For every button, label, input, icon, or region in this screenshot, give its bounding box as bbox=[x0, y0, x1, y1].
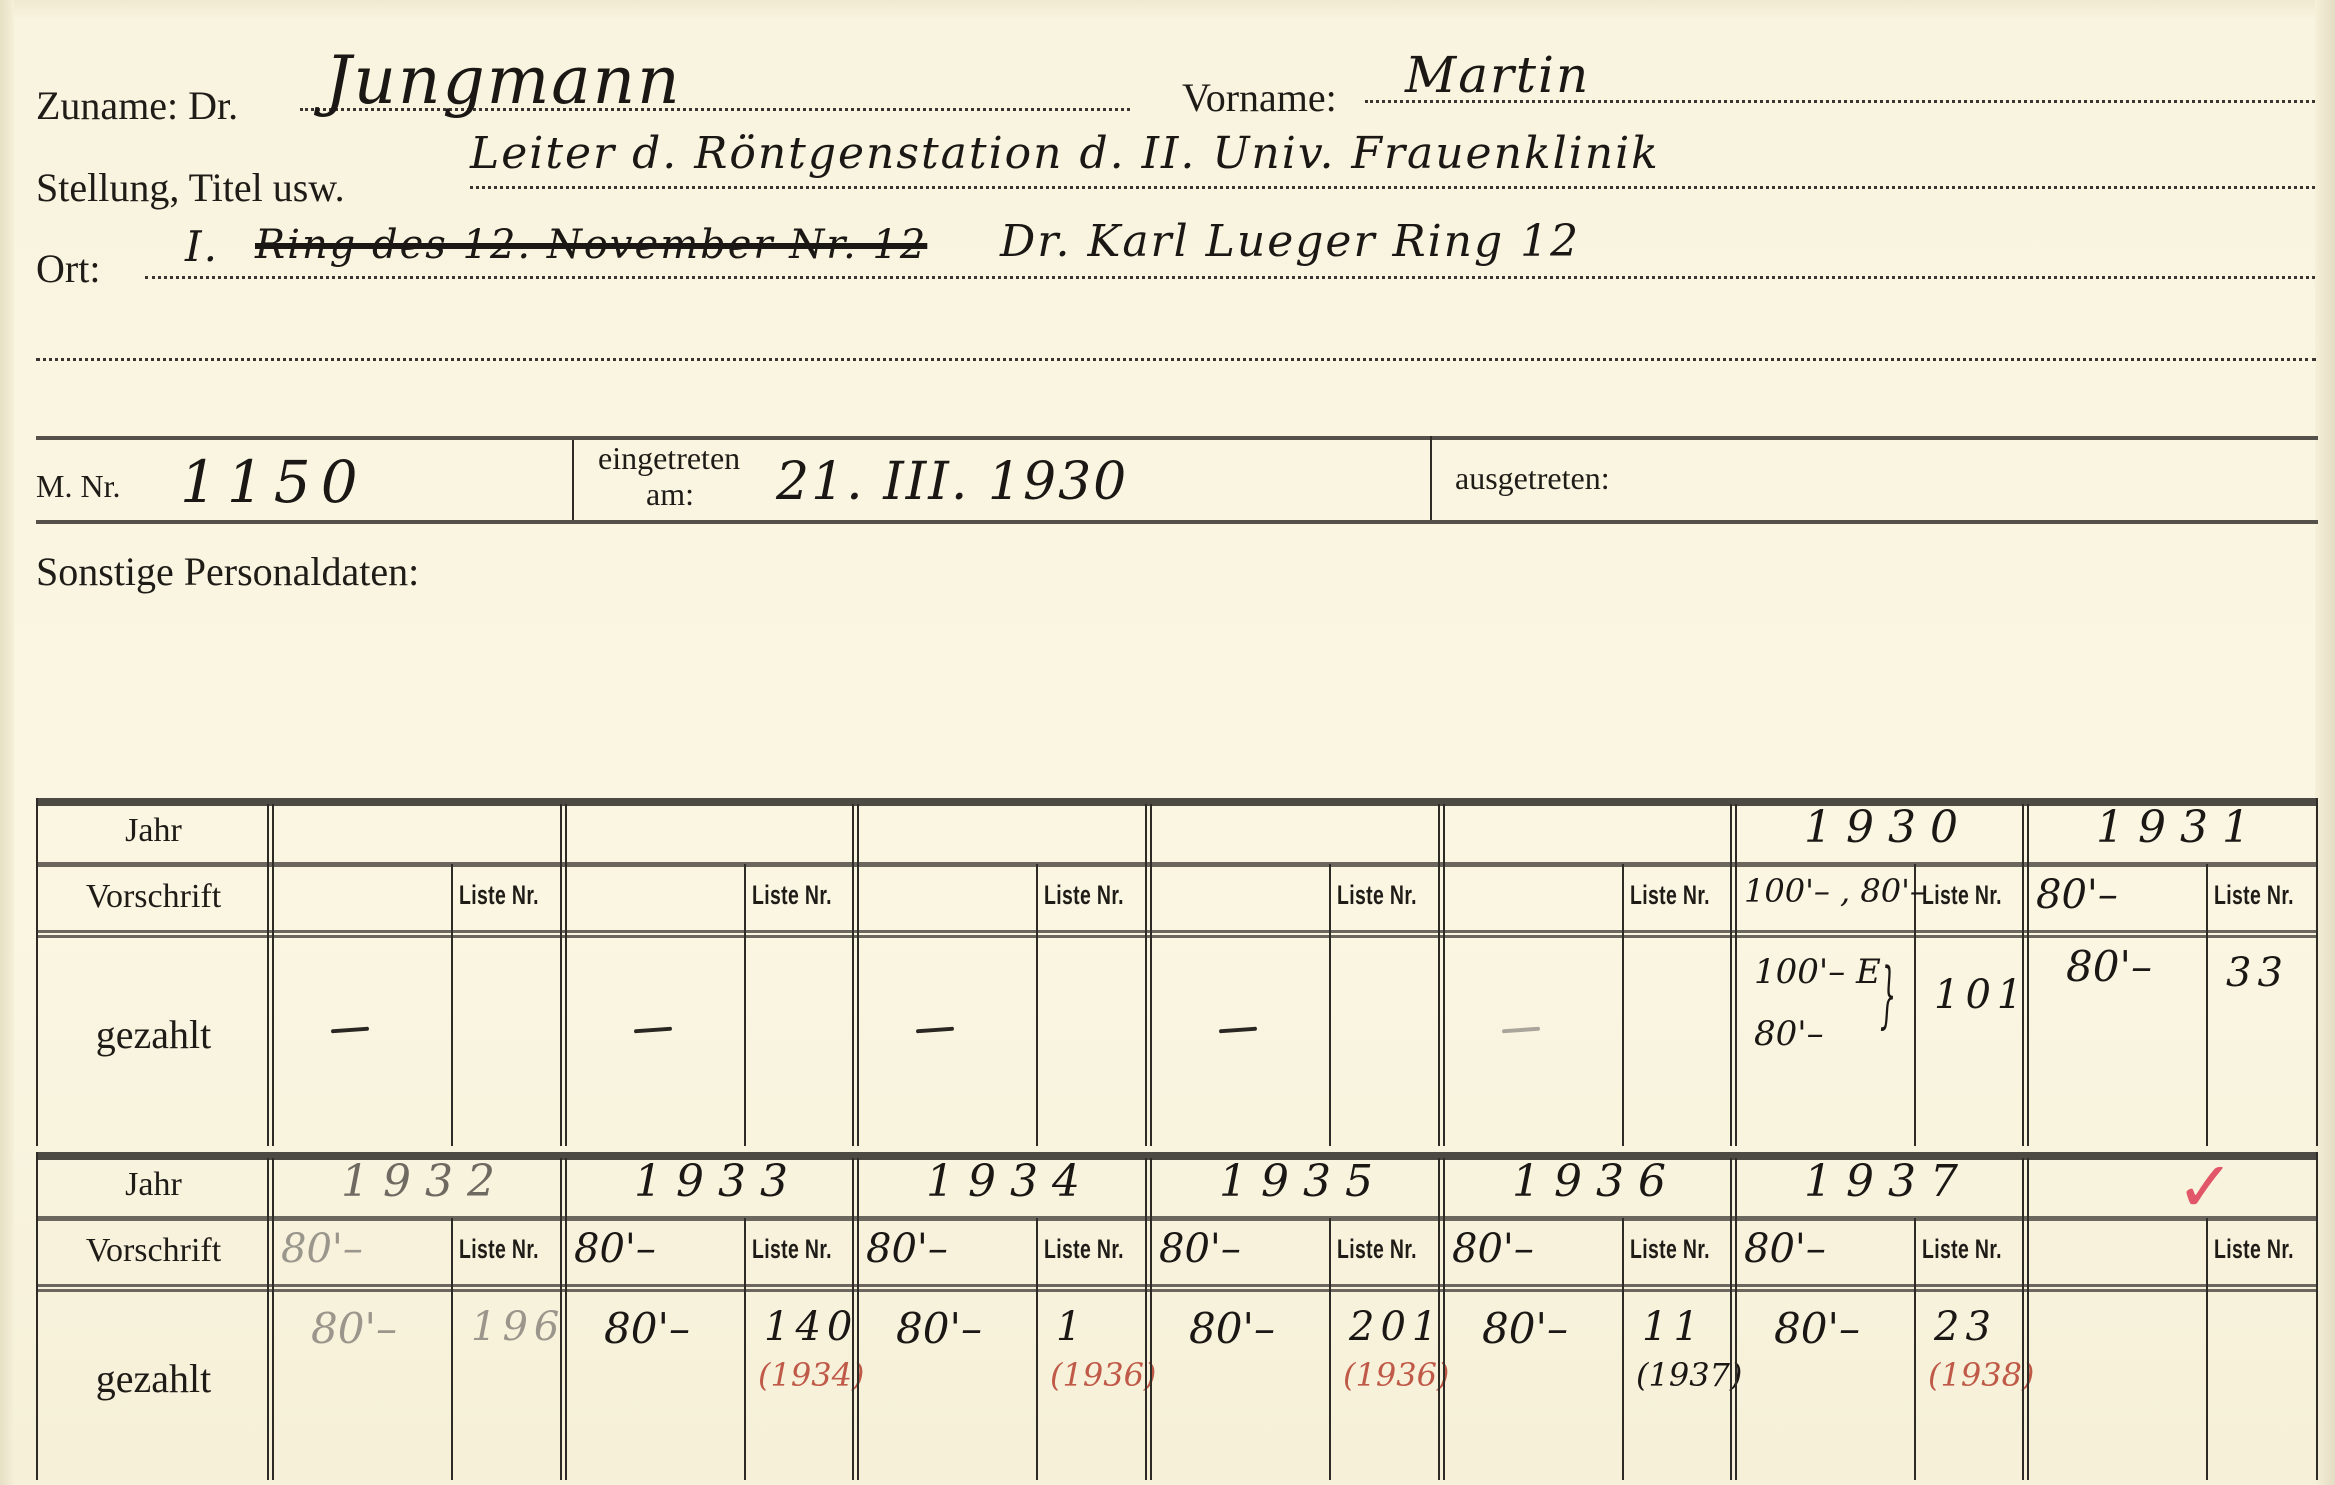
lower-gezahlt-value: 80'– bbox=[1189, 1304, 1275, 1353]
lower-liste-value: 201 bbox=[1349, 1304, 1443, 1350]
band-divider-1 bbox=[572, 440, 574, 520]
index-card: Zuname: Dr. Jungmann Vorname: Martin Ste… bbox=[0, 0, 2335, 1485]
vorname-label: Vorname: bbox=[1182, 74, 1337, 121]
lower-gezahlt-value: 80'– bbox=[1482, 1304, 1568, 1353]
lower-liste-divider bbox=[1914, 1218, 1916, 1480]
lower-block-divider bbox=[2022, 1158, 2029, 1480]
card-edge-left bbox=[0, 0, 14, 1485]
lower-liste-divider bbox=[1622, 1218, 1624, 1480]
upper-vorschrift-label: Vorschrift bbox=[36, 878, 271, 916]
stellung-line bbox=[470, 186, 2315, 189]
upper-vorschrift-value: 100'– , 80'– bbox=[1744, 872, 1926, 910]
lower-gezahlt-value: 80'– bbox=[311, 1304, 397, 1353]
eingetreten-value: 21. III. 1930 bbox=[776, 452, 1128, 512]
card-edge-right bbox=[2315, 0, 2335, 1485]
upper-liste-header: Liste Nr. bbox=[1922, 880, 2002, 911]
lower-liste-year: (1936) bbox=[1343, 1356, 1449, 1394]
lower-gezahlt-label: gezahlt bbox=[36, 1355, 271, 1402]
upper-block-divider bbox=[1438, 804, 1445, 1146]
upper-block-divider bbox=[1145, 804, 1152, 1146]
stellung-value: Leiter d. Röntgenstation d. II. Univ. Fr… bbox=[470, 128, 1660, 179]
payment-table: JahrVorschriftgezahltListe Nr.Liste Nr.L… bbox=[36, 798, 2318, 1485]
lower-vorschrift-value: 80'– bbox=[1744, 1226, 1826, 1272]
band-divider-2 bbox=[1430, 436, 1432, 520]
check-mark-icon: ✓ bbox=[2176, 1146, 2235, 1228]
upper-right-border bbox=[2316, 798, 2318, 1146]
upper-liste-header: Liste Nr. bbox=[1337, 880, 1417, 911]
lower-liste-value: 11 bbox=[1642, 1304, 1705, 1350]
lower-vorschrift-value: 80'– bbox=[866, 1226, 948, 1272]
lower-liste-divider bbox=[2206, 1218, 2208, 1480]
ausgetreten-label: ausgetreten: bbox=[1455, 460, 1610, 497]
lower-gezahlt-value: 80'– bbox=[896, 1304, 982, 1353]
vorname-value: Martin bbox=[1405, 46, 1590, 104]
lower-liste-divider bbox=[1329, 1218, 1331, 1480]
lower-liste-header: Liste Nr. bbox=[752, 1234, 832, 1265]
ort-struck-value: Ring des 12. November Nr. 12 bbox=[255, 222, 927, 268]
lower-liste-header: Liste Nr. bbox=[1630, 1234, 1710, 1265]
lower-gezahlt-value: 80'– bbox=[604, 1304, 690, 1353]
upper-vorschrift-rule-2 bbox=[36, 935, 2318, 938]
lower-liste-year: (1934) bbox=[758, 1356, 864, 1394]
mnr-value: 1150 bbox=[180, 448, 368, 516]
ort-prefix: I. bbox=[185, 222, 219, 271]
lower-liste-value: 140 bbox=[764, 1304, 858, 1350]
lower-gezahlt-value: 80'– bbox=[1774, 1304, 1860, 1353]
eingetreten-label: eingetreten bbox=[598, 440, 740, 477]
lower-liste-value: 1 bbox=[1056, 1304, 1087, 1350]
stellung-label: Stellung, Titel usw. bbox=[36, 164, 345, 211]
upper-brace: } bbox=[1880, 952, 1896, 1036]
lower-block-divider bbox=[852, 1158, 859, 1480]
upper-liste-divider bbox=[1329, 864, 1331, 1146]
lower-jahr-rule bbox=[36, 1216, 2318, 1221]
lower-liste-divider bbox=[451, 1218, 453, 1480]
sonstige-label: Sonstige Personaldaten: bbox=[36, 548, 419, 595]
upper-liste-divider bbox=[451, 864, 453, 1146]
lower-vorschrift-value: 80'– bbox=[574, 1226, 656, 1272]
upper-liste-value: 33 bbox=[2226, 950, 2289, 996]
ort-value: Dr. Karl Lueger Ring 12 bbox=[1000, 216, 1580, 267]
upper-liste-divider bbox=[744, 864, 746, 1146]
upper-liste-header: Liste Nr. bbox=[459, 880, 539, 911]
lower-jahr-value: 1936 bbox=[1512, 1156, 1680, 1207]
lower-vorschrift-value: 80'– bbox=[281, 1226, 363, 1272]
upper-liste-divider bbox=[2206, 864, 2208, 1146]
lower-block-divider bbox=[1730, 1158, 1737, 1480]
upper-block-divider bbox=[2022, 804, 2029, 1146]
zuname-label: Zuname: Dr. bbox=[36, 82, 238, 129]
lower-liste-header: Liste Nr. bbox=[1922, 1234, 2002, 1265]
lower-liste-header: Liste Nr. bbox=[1337, 1234, 1417, 1265]
lower-block-divider bbox=[1145, 1158, 1152, 1480]
upper-gezahlt-dash bbox=[331, 1027, 369, 1034]
eingetreten-am-label: am: bbox=[646, 476, 694, 513]
upper-liste-header: Liste Nr. bbox=[2214, 880, 2294, 911]
band-bottom-rule bbox=[36, 520, 2318, 524]
lower-vorschrift-value: 80'– bbox=[1159, 1226, 1241, 1272]
upper-block-divider bbox=[852, 804, 859, 1146]
lower-vorschrift-label: Vorschrift bbox=[36, 1232, 271, 1270]
upper-vorschrift-value: 80'– bbox=[2036, 872, 2118, 918]
lower-liste-value: 23 bbox=[1934, 1304, 1997, 1350]
upper-jahr-rule bbox=[36, 862, 2318, 867]
upper-liste-header: Liste Nr. bbox=[752, 880, 832, 911]
upper-block-divider bbox=[267, 804, 274, 1146]
upper-gezahlt-value: 80'– bbox=[2066, 942, 2152, 991]
lower-jahr-value: 1935 bbox=[1219, 1156, 1387, 1207]
upper-liste-value: 101 bbox=[1934, 972, 2028, 1018]
upper-left-border bbox=[36, 798, 38, 1146]
upper-block-divider bbox=[560, 804, 567, 1146]
lower-vorschrift-value: 80'– bbox=[1452, 1226, 1534, 1272]
upper-top-rule bbox=[36, 798, 2318, 806]
lower-jahr-value: 1932 bbox=[341, 1156, 509, 1207]
lower-right-border bbox=[2316, 1152, 2318, 1480]
upper-gezahlt-value-2: 80'– bbox=[1754, 1014, 1824, 1054]
upper-liste-divider bbox=[1036, 864, 1038, 1146]
lower-vorschrift-rule-2 bbox=[36, 1289, 2318, 1292]
lower-liste-year: (1936) bbox=[1050, 1356, 1156, 1394]
upper-gezahlt-dash bbox=[1219, 1027, 1257, 1034]
upper-gezahlt-label: gezahlt bbox=[36, 1011, 271, 1058]
lower-jahr-value: 1933 bbox=[634, 1156, 802, 1207]
ort-line bbox=[145, 276, 2315, 279]
upper-gezahlt-dash bbox=[916, 1027, 954, 1034]
lower-liste-divider bbox=[744, 1218, 746, 1480]
lower-jahr-value: 1937 bbox=[1804, 1156, 1972, 1207]
lower-liste-header: Liste Nr. bbox=[2214, 1234, 2294, 1265]
lower-liste-year: (1938) bbox=[1928, 1356, 2034, 1394]
ort-label: Ort: bbox=[36, 245, 100, 292]
lower-liste-header: Liste Nr. bbox=[1044, 1234, 1124, 1265]
blank-line bbox=[36, 358, 2316, 361]
lower-jahr-value: 1934 bbox=[926, 1156, 1094, 1207]
lower-jahr-label: Jahr bbox=[36, 1166, 271, 1204]
upper-gezahlt-dash bbox=[1502, 1027, 1540, 1034]
upper-gezahlt-value-1: 100'– E bbox=[1754, 952, 1881, 992]
lower-vorschrift-rule-1 bbox=[36, 1284, 2318, 1287]
upper-jahr-value: 1930 bbox=[1804, 802, 1972, 853]
mnr-label: M. Nr. bbox=[36, 468, 120, 505]
upper-gezahlt-dash bbox=[634, 1027, 672, 1034]
lower-block-divider bbox=[1438, 1158, 1445, 1480]
upper-jahr-value: 1931 bbox=[2096, 802, 2264, 853]
upper-block-divider bbox=[1730, 804, 1737, 1146]
upper-liste-header: Liste Nr. bbox=[1044, 880, 1124, 911]
upper-jahr-label: Jahr bbox=[36, 812, 271, 850]
lower-block-divider bbox=[267, 1158, 274, 1480]
lower-block-divider bbox=[560, 1158, 567, 1480]
band-top-rule bbox=[36, 436, 2318, 440]
lower-liste-year: (1937) bbox=[1636, 1356, 1742, 1394]
lower-liste-header: Liste Nr. bbox=[459, 1234, 539, 1265]
lower-liste-value: 196 bbox=[471, 1304, 565, 1350]
zuname-value: Jungmann bbox=[325, 42, 682, 119]
lower-liste-divider bbox=[1036, 1218, 1038, 1480]
upper-vorschrift-rule-1 bbox=[36, 930, 2318, 933]
upper-liste-divider bbox=[1622, 864, 1624, 1146]
upper-liste-header: Liste Nr. bbox=[1630, 880, 1710, 911]
